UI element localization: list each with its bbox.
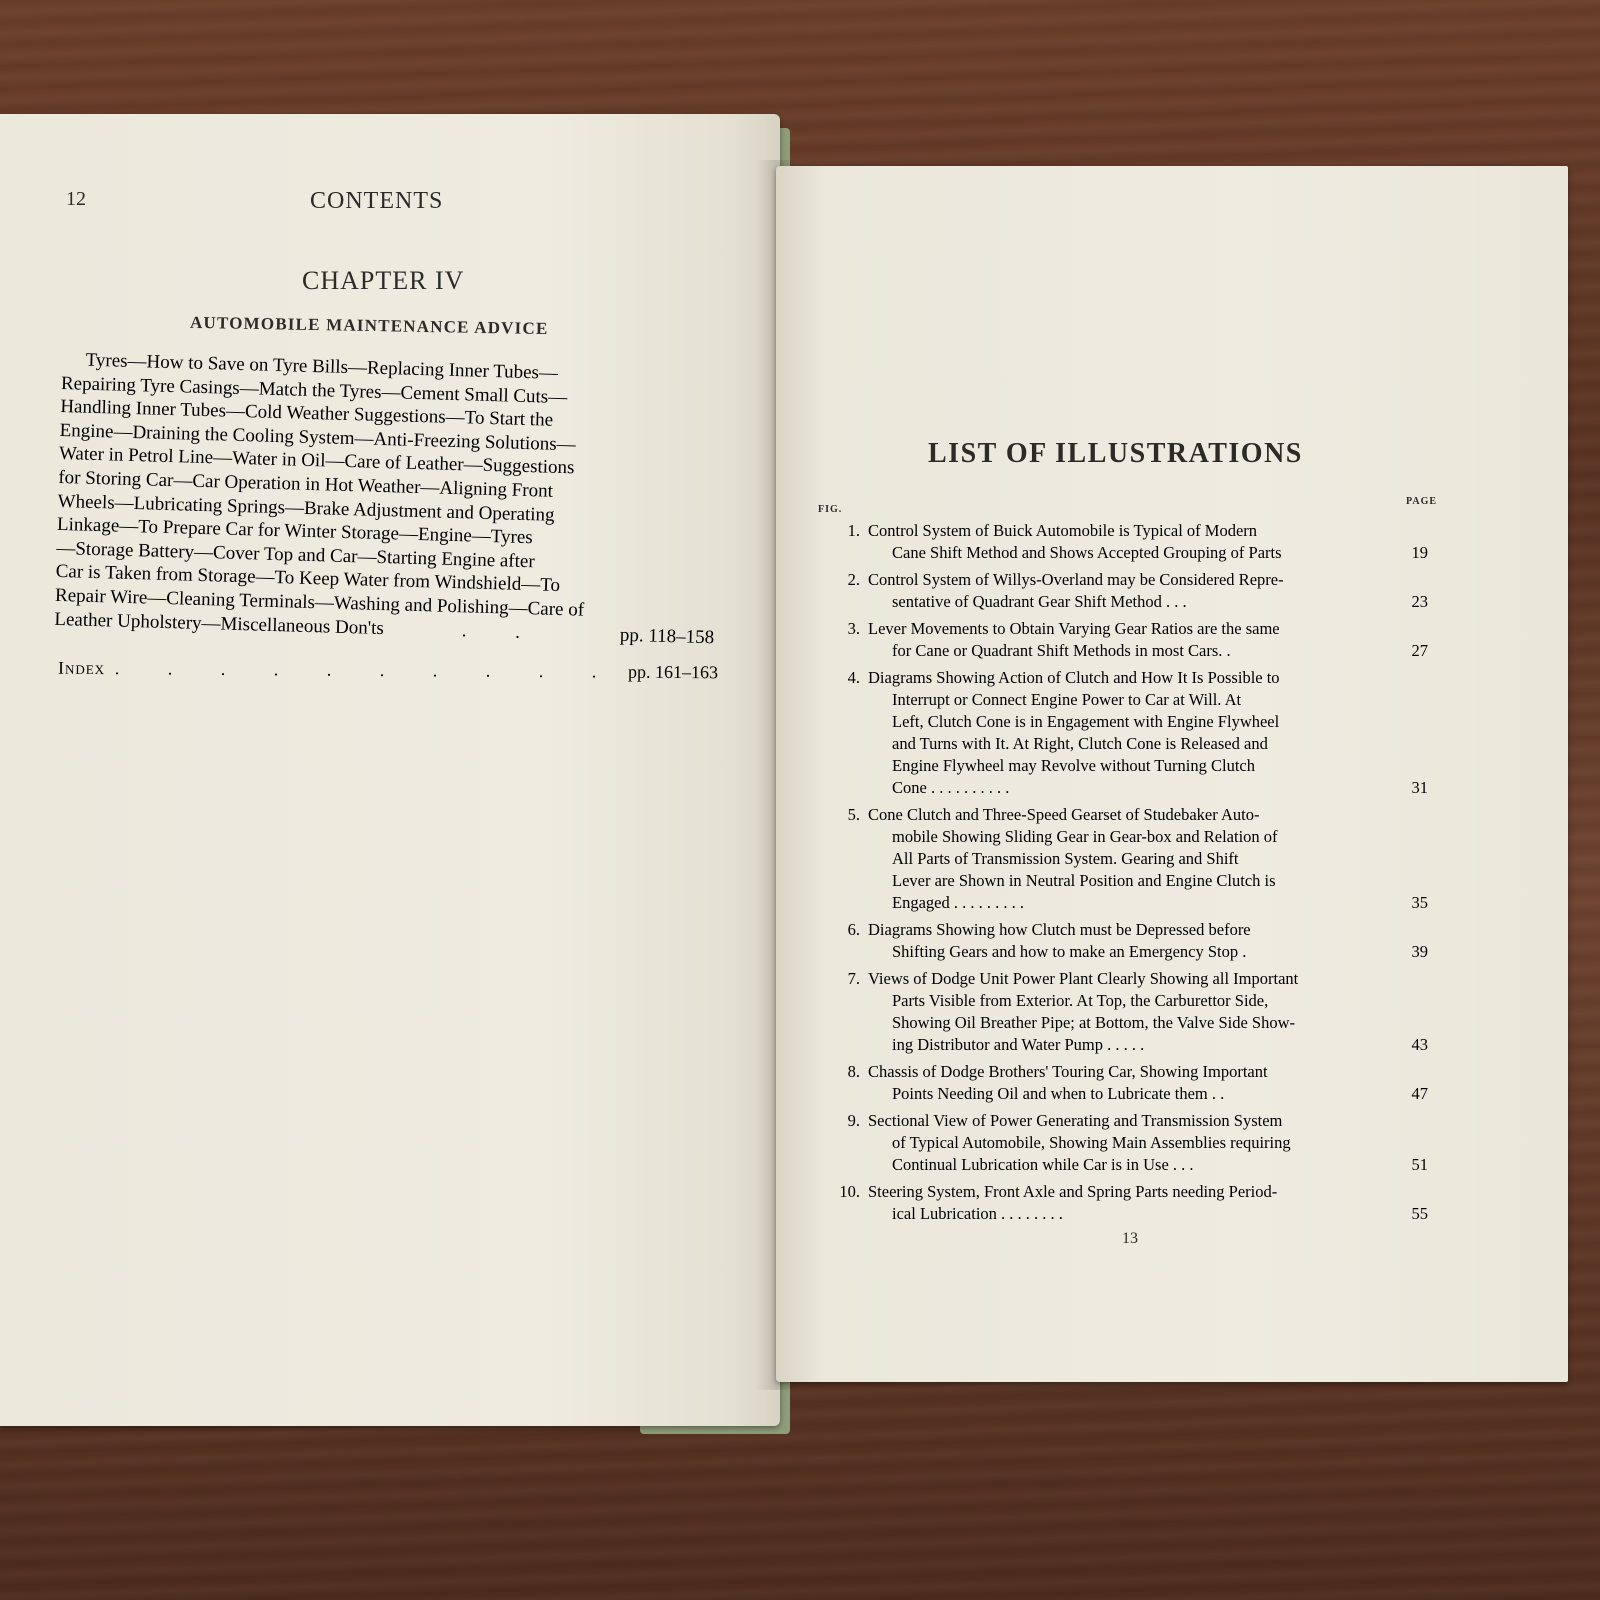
- fig-caption-line: sentative of Quadrant Gear Shift Method …: [868, 591, 1396, 613]
- fig-number: 5.: [838, 804, 860, 826]
- fig-caption-line: Cone . . . . . . . . . .: [868, 777, 1396, 799]
- page-column-header: PAGE: [1406, 496, 1437, 507]
- fig-page: 39: [1388, 941, 1428, 963]
- list-of-illustrations-title: LIST OF ILLUSTRATIONS: [928, 438, 1303, 470]
- fig-caption-line: Control System of Buick Automobile is Ty…: [868, 520, 1396, 542]
- fig-caption-line: Sectional View of Power Generating and T…: [868, 1110, 1396, 1132]
- fig-page: 31: [1388, 777, 1428, 799]
- fig-caption-line: Lever are Shown in Neutral Position and …: [868, 870, 1396, 892]
- illustration-entry: 2. Control System of Willys-Overland may…: [838, 569, 1428, 613]
- fig-page: 47: [1388, 1083, 1428, 1105]
- fig-caption-line: ing Distributor and Water Pump . . . . .: [868, 1034, 1396, 1056]
- fig-caption-line: Parts Visible from Exterior. At Top, the…: [868, 990, 1396, 1012]
- fig-number: 9.: [838, 1110, 860, 1132]
- fig-page: 27: [1388, 640, 1428, 662]
- fig-column-header: FIG.: [818, 504, 842, 515]
- left-page-number: 12: [66, 188, 86, 211]
- illustrations-list: 1. Control System of Buick Automobile is…: [838, 520, 1428, 1230]
- left-page: 12 CONTENTS CHAPTER IV AUTOMOBILE MAINTE…: [0, 114, 780, 1426]
- fig-caption-line: ical Lubrication . . . . . . . .: [868, 1203, 1396, 1225]
- fig-number: 8.: [838, 1061, 860, 1083]
- chapter-title: AUTOMOBILE MAINTENANCE ADVICE: [190, 313, 549, 339]
- fig-caption-line: Lever Movements to Obtain Varying Gear R…: [868, 618, 1396, 640]
- fig-caption-line: Continual Lubrication while Car is in Us…: [868, 1154, 1396, 1176]
- leader-dots: . .: [461, 619, 542, 645]
- index-page-range: pp. 161–163: [628, 662, 718, 684]
- leader-dots: . . . . . . . . . .: [115, 658, 619, 683]
- fig-caption-line: Shifting Gears and how to make an Emerge…: [868, 941, 1396, 963]
- fig-number: 2.: [838, 569, 860, 591]
- chapter-heading: CHAPTER IV: [302, 266, 464, 296]
- illustration-entry: 1. Control System of Buick Automobile is…: [838, 520, 1428, 564]
- illustration-entry: 7. Views of Dodge Unit Power Plant Clear…: [838, 968, 1428, 1056]
- fig-number: 3.: [838, 618, 860, 640]
- chapter-page-range: pp. 118–158: [620, 623, 715, 649]
- fig-caption-line: Diagrams Showing how Clutch must be Depr…: [868, 919, 1396, 941]
- fig-caption-line: Chassis of Dodge Brothers' Touring Car, …: [868, 1061, 1396, 1083]
- fig-page: 55: [1388, 1203, 1428, 1225]
- fig-number: 1.: [838, 520, 860, 542]
- fig-caption-line: Engaged . . . . . . . . .: [868, 892, 1396, 914]
- illustration-entry: 9. Sectional View of Power Generating an…: [838, 1110, 1428, 1176]
- chapter-contents-paragraph: Tyres—How to Save on Tyre Bills—Replacin…: [54, 348, 722, 649]
- fig-caption-line: Points Needing Oil and when to Lubricate…: [868, 1083, 1396, 1105]
- fig-page: 35: [1388, 892, 1428, 914]
- fig-caption-line: Interrupt or Connect Engine Power to Car…: [868, 689, 1396, 711]
- fig-caption-line: mobile Showing Sliding Gear in Gear-box …: [868, 826, 1396, 848]
- illustration-entry: 4. Diagrams Showing Action of Clutch and…: [838, 667, 1428, 799]
- fig-caption-line: and Turns with It. At Right, Clutch Cone…: [868, 733, 1396, 755]
- right-page-number: 13: [1122, 1230, 1138, 1248]
- fig-number: 7.: [838, 968, 860, 990]
- fig-number: 6.: [838, 919, 860, 941]
- fig-caption-line: Diagrams Showing Action of Clutch and Ho…: [868, 667, 1396, 689]
- fig-caption-line: Control System of Willys-Overland may be…: [868, 569, 1396, 591]
- fig-caption-line: Cane Shift Method and Shows Accepted Gro…: [868, 542, 1396, 564]
- fig-caption-line: of Typical Automobile, Showing Main Asse…: [868, 1132, 1396, 1154]
- illustration-entry: 5. Cone Clutch and Three-Speed Gearset o…: [838, 804, 1428, 914]
- illustration-entry: 10. Steering System, Front Axle and Spri…: [838, 1181, 1428, 1225]
- fig-caption-line: Steering System, Front Axle and Spring P…: [868, 1181, 1396, 1203]
- illustration-entry: 3. Lever Movements to Obtain Varying Gea…: [838, 618, 1428, 662]
- fig-number: 10.: [838, 1181, 860, 1203]
- illustration-entry: 6. Diagrams Showing how Clutch must be D…: [838, 919, 1428, 963]
- fig-caption-line: Showing Oil Breather Pipe; at Bottom, th…: [868, 1012, 1396, 1034]
- fig-page: 23: [1388, 591, 1428, 613]
- fig-caption-line: All Parts of Transmission System. Gearin…: [868, 848, 1396, 870]
- fig-caption-line: for Cane or Quadrant Shift Methods in mo…: [868, 640, 1396, 662]
- fig-page: 51: [1388, 1154, 1428, 1176]
- fig-caption-line: Views of Dodge Unit Power Plant Clearly …: [868, 968, 1396, 990]
- fig-caption-line: Cone Clutch and Three-Speed Gearset of S…: [868, 804, 1396, 826]
- fig-number: 4.: [838, 667, 860, 689]
- fig-page: 19: [1388, 542, 1428, 564]
- index-label: Index: [58, 658, 105, 679]
- running-head: CONTENTS: [310, 188, 443, 215]
- fig-caption-line: Engine Flywheel may Revolve without Turn…: [868, 755, 1396, 777]
- fig-page: 43: [1388, 1034, 1428, 1056]
- fig-caption-line: Left, Clutch Cone is in Engagement with …: [868, 711, 1396, 733]
- illustration-entry: 8. Chassis of Dodge Brothers' Touring Ca…: [838, 1061, 1428, 1105]
